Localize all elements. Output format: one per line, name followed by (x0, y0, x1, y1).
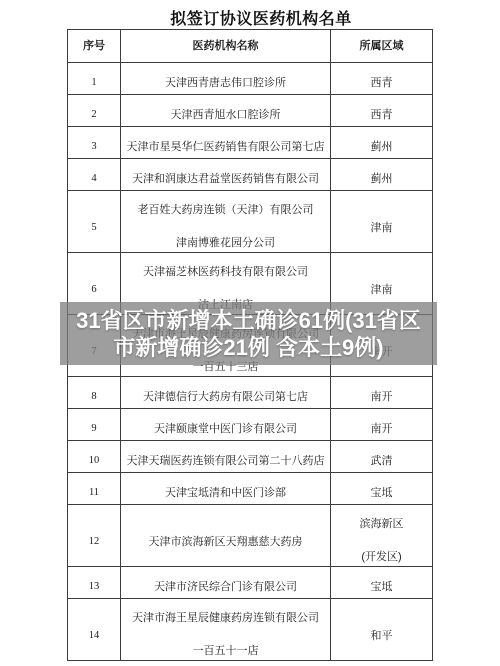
table-row: 14 天津市海王星辰健康药房连锁有限公司 一百五十一店 和平 (68, 598, 432, 660)
table-row: 11 天津宝坻清和中医门诊部 宝坻 (68, 472, 432, 504)
row-name: 天津市滨海新区天翔惠慈大药房 (120, 505, 330, 566)
row-name: 天津颐康堂中医门诊有限公司 (120, 409, 330, 440)
row-region: 蓟州 (330, 127, 432, 158)
table-row: 10 天津天瑞医药连锁有限公司第二十八药店 武清 (68, 440, 432, 472)
row-region: 蓟州 (330, 159, 432, 190)
table-row: 3 天津市星昊华仁医药销售有限公司第七店 蓟州 (68, 126, 432, 158)
row-no: 5 (68, 191, 120, 252)
table-row: 9 天津颐康堂中医门诊有限公司 南开 (68, 408, 432, 440)
row-name: 天津西青旭水口腔诊所 (120, 95, 330, 126)
row-region: 宝坻 (330, 567, 432, 598)
row-region: 津南 (330, 191, 432, 252)
row-region: 西青 (330, 63, 432, 94)
row-no: 14 (68, 599, 120, 660)
row-name: 天津宝坻清和中医门诊部 (120, 473, 330, 504)
row-no: 9 (68, 409, 120, 440)
table-row: 1 天津西青唐志伟口腔诊所 西青 (68, 62, 432, 94)
row-region: 宝坻 (330, 473, 432, 504)
table-row: 12 天津市滨海新区天翔惠慈大药房 滨海新区 (开发区) (68, 504, 432, 566)
row-region-line1: 滨海新区 (360, 518, 404, 530)
row-name: 天津德信行大药房有限公司第七店 (120, 377, 330, 408)
row-region: 滨海新区 (开发区) (330, 505, 432, 566)
headline-line1: 31省区市新增本土确诊61例(31省区 (76, 307, 421, 334)
row-name: 老百姓大药房连锁（天津）有限公司 津南博雅花园分公司 (120, 191, 330, 252)
row-no: 11 (68, 473, 120, 504)
header-no: 序号 (68, 30, 120, 62)
row-region: 武清 (330, 441, 432, 472)
row-no: 4 (68, 159, 120, 190)
row-name: 天津市济民综合门诊有限公司 (120, 567, 330, 598)
row-region: 和平 (330, 599, 432, 660)
row-no: 1 (68, 63, 120, 94)
row-region-line2: (开发区) (361, 551, 401, 563)
row-name: 天津和润康达君益堂医药销售有限公司 (120, 159, 330, 190)
row-name-line2: 津南博雅花园分公司 (176, 237, 275, 249)
row-name-line1: 天津福芝林医药科技有限有限公司 (143, 266, 308, 278)
row-region: 南开 (330, 409, 432, 440)
news-headline-overlay: 31省区市新增本土确诊61例(31省区 市新增确诊21例 含本土9例) (60, 302, 437, 365)
row-name-line2: 一百五十一店 (193, 645, 259, 657)
row-no: 3 (68, 127, 120, 158)
row-no: 12 (68, 505, 120, 566)
table-row: 2 天津西青旭水口腔诊所 西青 (68, 94, 432, 126)
row-no: 2 (68, 95, 120, 126)
row-region: 西青 (330, 95, 432, 126)
table-row: 8 天津德信行大药房有限公司第七店 南开 (68, 376, 432, 408)
row-name-line1: 天津市海王星辰健康药房连锁有限公司 (132, 612, 319, 624)
page-title: 拟签订协议医药机构名单 (0, 6, 500, 29)
row-name-line1: 老百姓大药房连锁（天津）有限公司 (138, 204, 314, 216)
row-name: 天津市星昊华仁医药销售有限公司第七店 (120, 127, 330, 158)
table-row: 5 老百姓大药房连锁（天津）有限公司 津南博雅花园分公司 津南 (68, 190, 432, 252)
row-name: 天津西青唐志伟口腔诊所 (120, 63, 330, 94)
row-region: 南开 (330, 377, 432, 408)
table-row: 4 天津和润康达君益堂医药销售有限公司 蓟州 (68, 158, 432, 190)
row-no: 10 (68, 441, 120, 472)
header-name: 医药机构名称 (120, 30, 330, 62)
table-row: 13 天津市济民综合门诊有限公司 宝坻 (68, 566, 432, 598)
row-name: 天津天瑞医药连锁有限公司第二十八药店 (120, 441, 330, 472)
table-header-row: 序号 医药机构名称 所属区域 (68, 30, 432, 62)
row-no: 13 (68, 567, 120, 598)
headline-line2: 市新增确诊21例 含本土9例) (113, 334, 383, 361)
row-name: 天津市海王星辰健康药房连锁有限公司 一百五十一店 (120, 599, 330, 660)
row-no: 8 (68, 377, 120, 408)
header-region: 所属区域 (330, 30, 432, 62)
